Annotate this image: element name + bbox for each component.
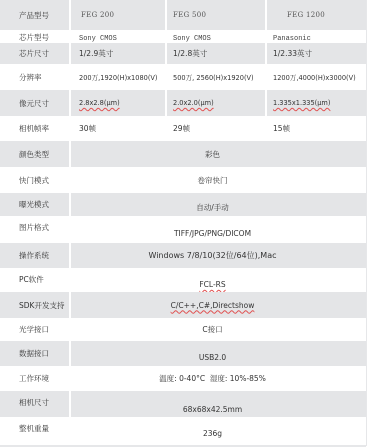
table-row-sdk-support: SDK开发支持 C/C++,C#,Directshow bbox=[0, 292, 366, 318]
row-value: 236g bbox=[71, 417, 366, 446]
row-value: 温度: 0-40°C 湿度: 10%-85% bbox=[71, 366, 366, 391]
row-value: 68x68x42.5mm bbox=[71, 391, 366, 417]
row-label: 数据接口 bbox=[0, 341, 71, 366]
row-value: 2.0x2.0(μm) bbox=[167, 90, 267, 116]
table-row-image-format: 图片格式 TIFF/JPG/PNG/DICOM bbox=[0, 216, 366, 243]
row-value: USB2.0 bbox=[71, 341, 366, 366]
table-row-data-interface: 数据接口 USB2.0 bbox=[0, 341, 366, 366]
table-row-optical-interface: 光学接口 C接口 bbox=[0, 318, 366, 341]
row-label: 像元尺寸 bbox=[0, 90, 71, 116]
row-label: 分辨率 bbox=[0, 64, 71, 90]
table-row-sensor-model: 芯片型号 Sony CMOS Sony CMOS Panasonic bbox=[0, 30, 366, 43]
table-row-exposure-mode: 曝光模式 自动/手动 bbox=[0, 193, 366, 216]
row-value: 29帧 bbox=[167, 116, 267, 141]
table-header-row: 产品型号 FEG 200 FEG 500 FEG 1200 bbox=[0, 0, 366, 30]
row-label: SDK开发支持 bbox=[0, 292, 71, 318]
row-value: 200万,1920(H)x1080(V) bbox=[71, 64, 167, 90]
row-label: 相机帧率 bbox=[0, 116, 71, 141]
table-row-sensor-size: 芯片尺寸 1/2.9英寸 1/2.8英寸 1/2.33英寸 bbox=[0, 43, 366, 64]
row-label: 颜色类型 bbox=[0, 141, 71, 167]
row-label: 曝光模式 bbox=[0, 193, 71, 216]
header-label: 产品型号 bbox=[0, 0, 71, 30]
row-value: 1/2.8英寸 bbox=[167, 43, 267, 64]
table-row-pixel-size: 像元尺寸 2.8x2.8(μm) 2.0x2.0(μm) 1.335x1.335… bbox=[0, 90, 366, 116]
row-value: Panasonic bbox=[267, 30, 366, 43]
row-label: 图片格式 bbox=[0, 216, 71, 243]
row-value: 彩色 bbox=[71, 141, 366, 167]
table-row-camera-dimensions: 相机尺寸 68x68x42.5mm bbox=[0, 391, 366, 417]
row-label: 快门模式 bbox=[0, 167, 71, 193]
row-value: 自动/手动 bbox=[71, 193, 366, 216]
model-feg500: FEG 500 bbox=[167, 0, 267, 30]
model-feg1200: FEG 1200 bbox=[267, 0, 366, 30]
row-value: C接口 bbox=[71, 318, 366, 341]
row-value: 卷帘快门 bbox=[71, 167, 366, 193]
table-row-working-environment: 工作环境 温度: 0-40°C 湿度: 10%-85% bbox=[0, 366, 366, 391]
row-value: Windows 7/8/10(32位/64位),Mac bbox=[71, 243, 366, 268]
pixel-size-value: 2.0x2.0(μm) bbox=[173, 99, 214, 107]
table-row-resolution: 分辨率 200万,1920(H)x1080(V) 500万, 2560(H)x1… bbox=[0, 64, 366, 90]
pixel-size-value: 2.8x2.8(μm) bbox=[79, 99, 120, 107]
row-label: PC软件 bbox=[0, 268, 71, 292]
row-label: 整机重量 bbox=[0, 417, 71, 446]
row-value: 1200万,4000(H)x3000(V) bbox=[267, 64, 366, 90]
row-label: 芯片尺寸 bbox=[0, 43, 71, 64]
row-value: 30帧 bbox=[71, 116, 167, 141]
row-value: TIFF/JPG/PNG/DICOM bbox=[71, 216, 366, 243]
row-label: 相机尺寸 bbox=[0, 391, 71, 417]
table-row-shutter-mode: 快门模式 卷帘快门 bbox=[0, 167, 366, 193]
pixel-size-value: 1.335x1.335(μm) bbox=[273, 99, 330, 107]
row-value: 15帧 bbox=[267, 116, 366, 141]
table-row-operating-system: 操作系统 Windows 7/8/10(32位/64位),Mac bbox=[0, 243, 366, 268]
table-row-weight: 整机重量 236g bbox=[0, 417, 366, 446]
row-value: 2.8x2.8(μm) bbox=[71, 90, 167, 116]
row-value: FCL-RS bbox=[71, 268, 366, 292]
row-value: 1/2.33英寸 bbox=[267, 43, 366, 64]
pc-software-value: FCL-RS bbox=[199, 280, 225, 289]
spec-table: 产品型号 FEG 200 FEG 500 FEG 1200 芯片型号 Sony … bbox=[0, 0, 367, 446]
row-value: Sony CMOS bbox=[71, 30, 167, 43]
row-label: 操作系统 bbox=[0, 243, 71, 268]
row-label: 芯片型号 bbox=[0, 30, 71, 43]
table-row-frame-rate: 相机帧率 30帧 29帧 15帧 bbox=[0, 116, 366, 141]
row-value: C/C++,C#,Directshow bbox=[71, 292, 366, 318]
table-row-pc-software: PC软件 FCL-RS bbox=[0, 268, 366, 292]
row-label: 光学接口 bbox=[0, 318, 71, 341]
model-feg200: FEG 200 bbox=[71, 0, 167, 30]
row-value: Sony CMOS bbox=[167, 30, 267, 43]
row-label: 工作环境 bbox=[0, 366, 71, 391]
row-value: 500万, 2560(H)x1920(V) bbox=[167, 64, 267, 90]
row-value: 1.335x1.335(μm) bbox=[267, 90, 366, 116]
table-row-color-type: 颜色类型 彩色 bbox=[0, 141, 366, 167]
table-bottom-border bbox=[0, 445, 366, 447]
sdk-support-value: C/C++,C#,Directshow bbox=[171, 301, 255, 310]
row-value: 1/2.9英寸 bbox=[71, 43, 167, 64]
